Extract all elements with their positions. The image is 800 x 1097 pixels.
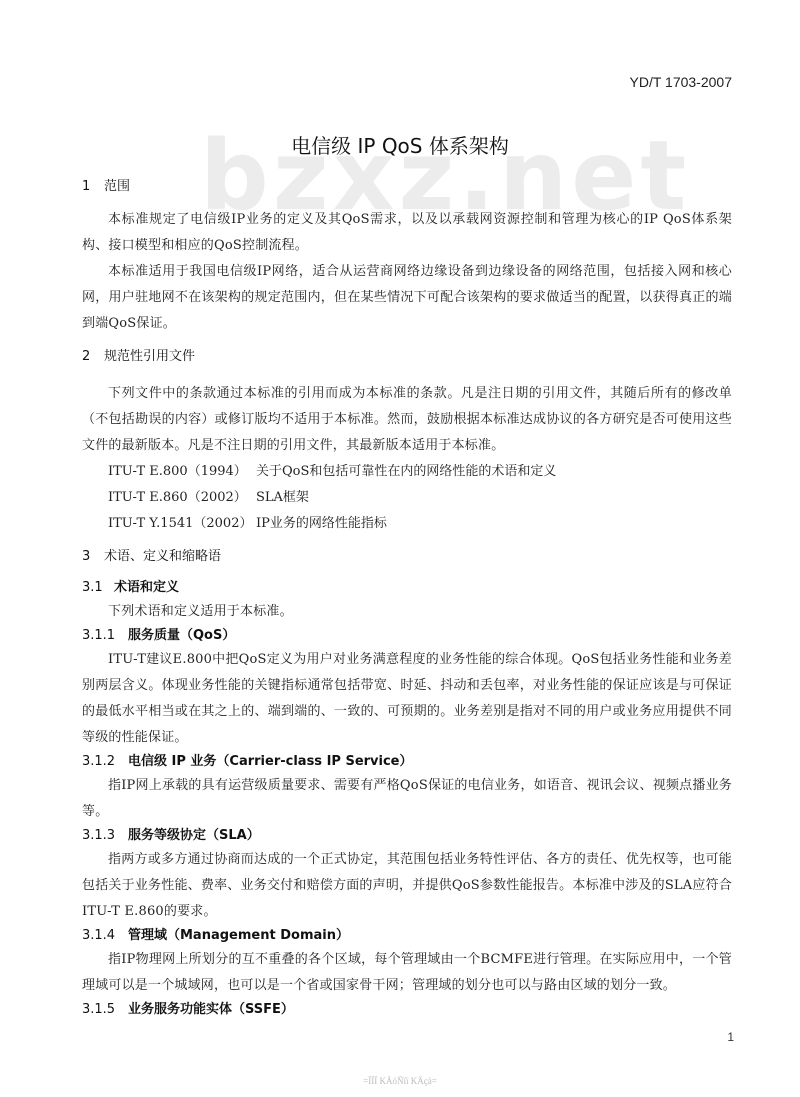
document-title: 电信级 IP QoS 体系架构 (0, 130, 800, 159)
reference-item: ITU-T E.860（2002）SLA框架 (82, 485, 732, 511)
reference-id: ITU-T Y.1541（2002） (108, 511, 256, 537)
subsection-heading: 3.1术语和定义 (82, 577, 732, 599)
paragraph: 指IP物理网上所划分的互不重叠的各个区域，每个管理域由一个BCMFE进行管理。在… (82, 947, 732, 999)
paragraph: 本标准适用于我国电信级IP网络，适合从运营商网络边缘设备到边缘设备的网络范围，包… (82, 259, 732, 337)
reference-title: 关于QoS和包括可靠性在内的网络性能的术语和定义 (256, 464, 556, 479)
section-heading-scope: 1范围 (82, 177, 732, 197)
reference-id: ITU-T E.860（2002） (108, 485, 256, 511)
term-heading: 3.1.5业务服务功能实体（SSFE） (82, 999, 732, 1021)
reference-title: IP业务的网络性能指标 (256, 516, 387, 531)
term-title: 业务服务功能实体（SSFE） (128, 1002, 294, 1017)
subsection-number: 3.1 (82, 577, 114, 599)
term-number: 3.1.3 (82, 825, 128, 847)
section-number: 1 (82, 177, 104, 197)
paragraph: 下列术语和定义适用于本标准。 (82, 599, 732, 625)
term-number: 3.1.5 (82, 999, 128, 1021)
section-title: 术语、定义和缩略语 (104, 549, 221, 564)
term-number: 3.1.1 (82, 625, 128, 647)
subsection-title: 术语和定义 (114, 580, 179, 595)
reference-title: SLA框架 (256, 490, 309, 505)
document-body: 1范围 本标准规定了电信级IP业务的定义及其QoS需求，以及以承载网资源控制和管… (82, 177, 732, 1021)
term-title: 服务质量（QoS） (128, 628, 235, 643)
paragraph: 下列文件中的条款通过本标准的引用而成为本标准的条款。凡是注日期的引用文件，其随后… (82, 381, 732, 459)
section-number: 3 (82, 547, 104, 567)
term-title: 服务等级协定（SLA） (128, 828, 260, 843)
section-number: 2 (82, 347, 104, 367)
term-title: 管理域（Management Domain） (128, 928, 349, 943)
paragraph: 指IP网上承载的具有运营级质量要求、需要有严格QoS保证的电信业务，如语音、视讯… (82, 773, 732, 825)
paragraph: 本标准规定了电信级IP业务的定义及其QoS需求，以及以承载网资源控制和管理为核心… (82, 207, 732, 259)
footer-mark: =ÏÏÏ KÄöÑïï KÄçä= (0, 1076, 800, 1086)
document-code: YD/T 1703-2007 (630, 74, 732, 90)
term-number: 3.1.4 (82, 925, 128, 947)
section-title: 规范性引用文件 (104, 349, 195, 364)
reference-item: ITU-T E.800（1994）关于QoS和包括可靠性在内的网络性能的术语和定… (82, 459, 732, 485)
section-title: 范围 (104, 179, 130, 194)
term-heading: 3.1.2电信级 IP 业务（Carrier-class IP Service） (82, 751, 732, 773)
paragraph: 指两方或多方通过协商而达成的一个正式协定，其范围包括业务特性评估、各方的责任、优… (82, 847, 732, 925)
term-number: 3.1.2 (82, 751, 128, 773)
section-heading-terms: 3术语、定义和缩略语 (82, 547, 732, 567)
term-title: 电信级 IP 业务（Carrier-class IP Service） (128, 754, 413, 769)
reference-item: ITU-T Y.1541（2002）IP业务的网络性能指标 (82, 511, 732, 537)
term-heading: 3.1.3服务等级协定（SLA） (82, 825, 732, 847)
page-number: 1 (727, 1030, 734, 1044)
term-heading: 3.1.1服务质量（QoS） (82, 625, 732, 647)
paragraph: ITU-T建议E.800中把QoS定义为用户对业务满意程度的业务性能的综合体现。… (82, 647, 732, 751)
reference-id: ITU-T E.800（1994） (108, 459, 256, 485)
term-heading: 3.1.4管理域（Management Domain） (82, 925, 732, 947)
section-heading-normative-references: 2规范性引用文件 (82, 347, 732, 367)
